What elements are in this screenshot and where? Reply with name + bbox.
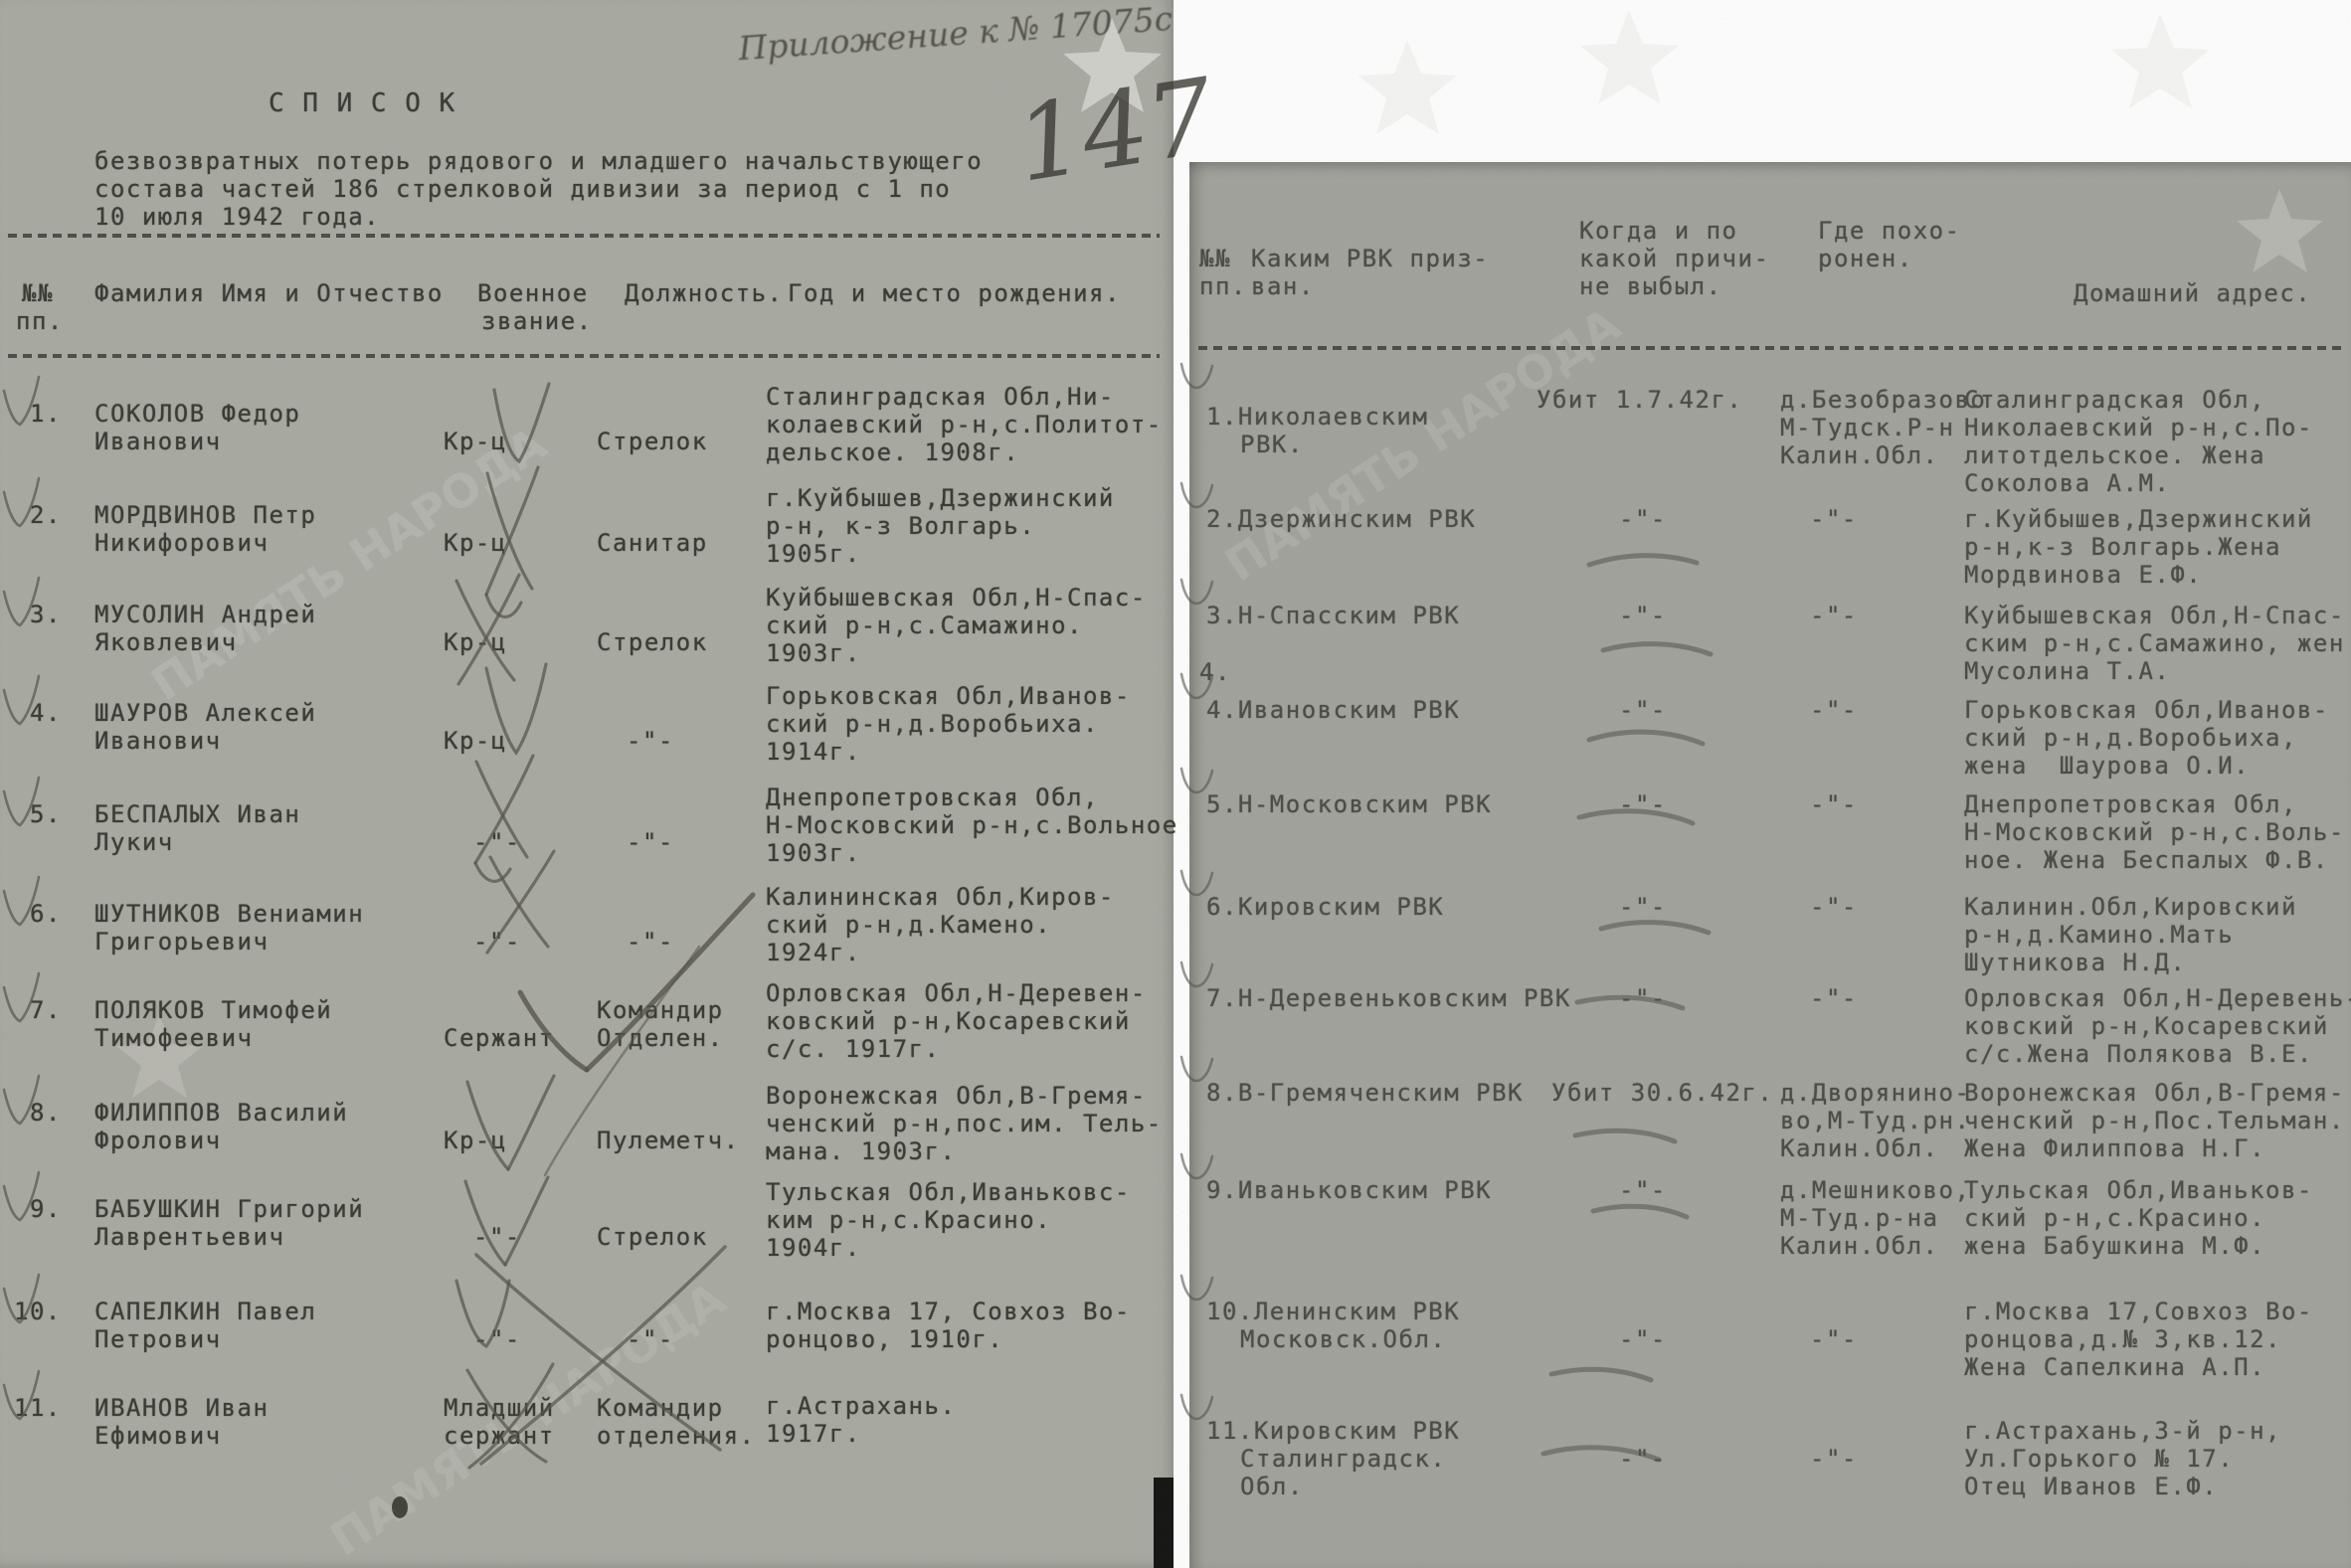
address-cell: литотдельское. Жена [1964, 441, 2265, 469]
rvk-cell: 10.Ленинским РВК [1206, 1298, 1460, 1325]
rvk-cell: 9.Иваньковским РВК [1206, 1176, 1492, 1204]
birth-cell: р-н, к-з Волгарь. [766, 512, 1035, 540]
name-cell: Ефимович [94, 1422, 222, 1450]
address-cell: г.Куйбышев,Дзержинский [1964, 505, 2313, 533]
burial-cell: во,М-Туд.рн. [1780, 1107, 1970, 1134]
name-cell: Фролович [94, 1127, 222, 1154]
name-cell: САПЕЛКИН Павел [94, 1298, 316, 1325]
rvk-cell: Сталинградск. [1240, 1445, 1446, 1473]
row-number: 5. [30, 800, 62, 828]
name-cell: МУСОЛИН Андрей [94, 601, 316, 628]
address-cell: Отец Иванов Е.Ф. [1964, 1473, 2218, 1500]
birth-cell: 1904г. [766, 1234, 861, 1262]
burial-cell: Калин.Обл. [1780, 441, 1939, 469]
cause-cell: -"- [1619, 984, 1667, 1012]
address-cell: ронцова,д.№ 3,кв.12. [1964, 1325, 2281, 1353]
burial-cell: -"- [1810, 893, 1858, 921]
address-cell: ное. Жена Беспалых Ф.В. [1964, 846, 2329, 874]
rank-cell: Кр-ц [444, 1127, 507, 1154]
birth-cell: Днепропетровская Обл, [766, 784, 1099, 811]
column-header-num: №№ [1199, 245, 1231, 272]
rank-cell: Младший [444, 1394, 555, 1422]
birth-cell: г.Куйбышев,Дзержинский [766, 484, 1115, 512]
row-number: 3. [30, 601, 62, 628]
rvk-cell: 2.Дзержинским РВК [1206, 505, 1476, 533]
cause-cell: Убит 30.6.42г. [1551, 1079, 1773, 1107]
burial-cell: д.Дворянино- [1780, 1079, 1970, 1107]
name-cell: ПОЛЯКОВ Тимофей [94, 996, 332, 1024]
birth-cell: 1924г. [766, 939, 861, 966]
address-cell: Ул.Горького № 17. [1964, 1445, 2234, 1473]
address-cell: Днепропетровская Обл, [1964, 790, 2297, 818]
cause-cell: -"- [1619, 505, 1667, 533]
column-header-rank: Военное [477, 279, 589, 307]
name-cell: ШАУРОВ Алексей [94, 699, 316, 727]
birth-cell: Воронежская Обл,В-Гремя- [766, 1082, 1147, 1110]
position-cell: -"- [627, 928, 674, 956]
birth-cell: г.Астрахань. [766, 1392, 956, 1420]
birth-cell: ский р-н,с.Самажино. [766, 611, 1083, 639]
name-cell: Тимофеевич [94, 1024, 254, 1052]
burial-cell: -"- [1810, 1445, 1858, 1473]
rank-cell: -"- [473, 1325, 521, 1353]
address-cell: г.Москва 17,Совхоз Во- [1964, 1298, 2313, 1325]
position-cell: Пулеметч. [597, 1127, 740, 1154]
rvk-cell: 1.Николаевским [1206, 403, 1428, 431]
row-number: 8. [30, 1099, 62, 1127]
address-cell: Жена Сапелкина А.П. [1964, 1353, 2265, 1381]
address-cell: ский р-н,д.Воробьиха, [1964, 724, 2297, 752]
address-cell: Н-Московский р-н,с.Воль- [1964, 818, 2345, 846]
column-header-burial: ронен. [1818, 245, 1913, 272]
position-cell: Санитар [597, 529, 708, 557]
rvk-cell: Московск.Обл. [1240, 1325, 1446, 1353]
column-header-rvk: Каким РВК приз- [1251, 245, 1489, 272]
birth-cell: с/с. 1917г. [766, 1035, 940, 1063]
separator-line [1198, 346, 2342, 350]
position-cell: -"- [627, 1325, 674, 1353]
burial-cell: -"- [1810, 505, 1858, 533]
document-subtitle-line: состава частей 186 стрелковой дивизии за… [94, 175, 951, 203]
row-number: 9. [30, 1195, 62, 1223]
birth-cell: Куйбышевская Обл,Н-Спас- [766, 584, 1147, 611]
column-header-num: пп. [1199, 272, 1247, 300]
address-cell: с/с.Жена Полякова В.Е. [1964, 1040, 2313, 1068]
name-cell: ИВАНОВ Иван [94, 1394, 269, 1422]
rank-cell: Сержант [444, 1024, 555, 1052]
column-header-birth: Год и место рождения. [788, 279, 1121, 307]
column-header-burial: Где похо- [1818, 217, 1961, 245]
cause-cell: -"- [1619, 1445, 1667, 1473]
separator-line [8, 234, 1160, 238]
position-cell: -"- [627, 727, 674, 755]
column-header-position: Должность. [625, 279, 784, 307]
address-cell: р-н,д.Камино.Мать [1964, 921, 2234, 949]
position-cell: Командир [597, 1394, 724, 1422]
name-cell: Лукич [94, 828, 174, 856]
column-header-rank: звание. [481, 307, 593, 335]
name-cell: Петрович [94, 1325, 222, 1353]
rvk-cell: 5.Н-Московским РВК [1206, 790, 1492, 818]
burial-cell: Калин.Обл. [1780, 1134, 1939, 1162]
address-cell: Куйбышевская Обл,Н-Спас- [1964, 602, 2345, 629]
position-cell: Стрелок [597, 1223, 708, 1251]
row-number: 4. [30, 699, 62, 727]
birth-cell: Сталинградская Обл,Ни- [766, 383, 1115, 411]
column-header-cause: какой причи- [1579, 245, 1769, 272]
address-cell: жена Бабушкина М.Ф. [1964, 1232, 2265, 1260]
address-cell: Соколова А.М. [1964, 469, 2170, 497]
birth-cell: Калининская Обл,Киров- [766, 883, 1115, 911]
rank-cell: -"- [473, 1223, 521, 1251]
row-number: 1. [30, 400, 62, 428]
column-header-name: Фамилия Имя и Отчество [94, 279, 444, 307]
row-number: 10. [14, 1298, 62, 1325]
rank-cell: -"- [473, 928, 521, 956]
birth-cell: г.Москва 17, Совхоз Во- [766, 1298, 1131, 1325]
cause-cell: -"- [1619, 696, 1667, 724]
burial-cell: -"- [1810, 1325, 1858, 1353]
name-cell: Иванович [94, 428, 222, 455]
column-header-cause: не выбыл. [1579, 272, 1722, 300]
name-cell: Григорьевич [94, 928, 269, 956]
birth-cell: ким р-н,с.Красино. [766, 1206, 1051, 1234]
address-cell: ковский р-н,Косаревский [1964, 1012, 2329, 1040]
birth-cell: 1903г. [766, 839, 861, 867]
address-cell: Тульская Обл,Иваньков- [1964, 1176, 2313, 1204]
name-cell: СОКОЛОВ Федор [94, 400, 300, 428]
name-cell: Лаврентьевич [94, 1223, 284, 1251]
address-cell: ским р-н,с.Самажино, жен [1964, 629, 2345, 657]
birth-cell: мана. 1903г. [766, 1137, 956, 1165]
rvk-cell: 7.Н-Деревеньковским РВК [1206, 984, 1571, 1012]
name-cell: Иванович [94, 727, 222, 755]
position-cell: Стрелок [597, 628, 708, 656]
birth-cell: дельское. 1908г. [766, 438, 1019, 466]
birth-cell: ковский р-н,Косаревский [766, 1007, 1131, 1035]
column-header-address: Домашний адрес. [2074, 279, 2311, 307]
address-cell: р-н,к-з Волгарь.Жена [1964, 533, 2281, 561]
birth-cell: ский р-н,д.Воробьиха. [766, 710, 1099, 738]
separator-line [8, 354, 1160, 358]
name-cell: ШУТНИКОВ Вениамин [94, 900, 364, 928]
rvk-cell: 11.Кировским РВК [1206, 1417, 1460, 1445]
rvk-cell: 6.Кировским РВК [1206, 893, 1444, 921]
name-cell: ФИЛИППОВ Василий [94, 1099, 348, 1127]
rank-cell: -"- [473, 828, 521, 856]
cause-cell: -"- [1619, 1176, 1667, 1204]
birth-cell: ронцово, 1910г. [766, 1325, 1003, 1353]
document-title: С П И С О К [269, 89, 456, 117]
name-cell: БЕСПАЛЫХ Иван [94, 800, 300, 828]
birth-cell: 1903г. [766, 639, 861, 667]
position-cell: -"- [627, 828, 674, 856]
scanned-document: ПАМЯТЬ НАРОДА ПАМЯТЬ НАРОДА ПАМЯТЬ НАРОД… [0, 0, 2351, 1568]
document-subtitle-line: безвозвратных потерь рядового и младшего… [94, 147, 983, 175]
birth-cell: Тульская Обл,Иваньковс- [766, 1178, 1131, 1206]
burial-cell: М-Туд.р-на [1780, 1204, 1939, 1232]
burial-cell: -"- [1810, 984, 1858, 1012]
name-cell: МОРДВИНОВ Петр [94, 501, 316, 529]
birth-cell: 1914г. [766, 738, 861, 766]
birth-cell: ский р-н,д.Камено. [766, 911, 1051, 939]
burial-cell: М-Тудск.Р-н [1780, 414, 1954, 441]
birth-cell: 1905г. [766, 540, 861, 568]
address-cell: Горьковская Обл,Иванов- [1964, 696, 2329, 724]
rvk-cell: 8.В-Гремяченским РВК [1206, 1079, 1524, 1107]
document-subtitle-line: 10 июля 1942 года. [94, 203, 380, 231]
burial-cell: Калин.Обл. [1780, 1232, 1939, 1260]
rank-cell: Кр-ц [444, 428, 507, 455]
address-cell: Сталинградская Обл, [1964, 386, 2265, 414]
rvk-cell: РВК. [1240, 431, 1304, 458]
cause-cell: -"- [1619, 893, 1667, 921]
rank-cell: Кр-ц [444, 529, 507, 557]
birth-cell: Орловская Обл,Н-Деревен- [766, 979, 1147, 1007]
rvk-cell: 4.Ивановским РВК [1206, 696, 1460, 724]
rank-cell: сержант [444, 1422, 555, 1450]
position-cell: отделения. [597, 1422, 756, 1450]
address-cell: Жена Филиппова Н.Г. [1964, 1134, 2265, 1162]
name-cell: Никифорович [94, 529, 269, 557]
burial-cell: -"- [1810, 602, 1858, 629]
position-cell: Стрелок [597, 428, 708, 455]
column-header-rvk: ван. [1251, 272, 1315, 300]
birth-cell: ченский р-н,пос.им. Тель- [766, 1110, 1163, 1137]
name-cell: БАБУШКИН Григорий [94, 1195, 364, 1223]
address-cell: г.Астрахань,3-й р-н, [1964, 1417, 2281, 1445]
address-cell: Воронежская Обл,В-Гремя- [1964, 1079, 2345, 1107]
burial-cell: -"- [1810, 790, 1858, 818]
orphan-row-number: 4. [1199, 658, 1231, 686]
address-cell: Мусолина Т.А. [1964, 657, 2170, 685]
rank-cell: Кр-ц [444, 727, 507, 755]
column-header-num: пп. [16, 307, 64, 335]
birth-cell: Горьковская Обл,Иванов- [766, 682, 1131, 710]
cause-cell: -"- [1619, 1325, 1667, 1353]
burial-cell: -"- [1810, 696, 1858, 724]
cause-cell: Убит 1.7.42г. [1537, 386, 1742, 414]
rvk-cell: 3.Н-Спасским РВК [1206, 602, 1460, 629]
position-cell: Отделен. [597, 1024, 724, 1052]
address-cell: Мордвинова Е.Ф. [1964, 561, 2202, 589]
cause-cell: -"- [1619, 790, 1667, 818]
rank-cell: Кр-ц [444, 628, 507, 656]
birth-cell: 1917г. [766, 1420, 861, 1448]
name-cell: Яковлевич [94, 628, 238, 656]
rvk-cell: Обл. [1240, 1473, 1304, 1500]
column-header-num: №№ [22, 279, 54, 307]
cause-cell: -"- [1619, 602, 1667, 629]
birth-cell: Н-Московский р-н,с.Вольное [766, 811, 1178, 839]
row-number: 2. [30, 501, 62, 529]
address-cell: Орловская Обл,Н-Деревень- [1964, 984, 2351, 1012]
burial-cell: д.Мешниково, [1780, 1176, 1970, 1204]
birth-cell: колаевский р-н,с.Политот- [766, 411, 1163, 438]
address-cell: ский р-н,с.Красино. [1964, 1204, 2265, 1232]
address-cell: Калинин.Обл,Кировский [1964, 893, 2297, 921]
row-number: 7. [30, 996, 62, 1024]
address-cell: Николаевский р-н,с.По- [1964, 414, 2313, 441]
address-cell: жена Шаурова О.И. [1964, 752, 2250, 780]
address-cell: ченский р-н,Пос.Тельман. [1964, 1107, 2345, 1134]
row-number: 6. [30, 900, 62, 928]
position-cell: Командир [597, 996, 724, 1024]
burial-cell: д.Безобразово [1780, 386, 1986, 414]
address-cell: Шутникова Н.Д. [1964, 949, 2186, 976]
column-header-cause: Когда и по [1579, 217, 1738, 245]
scan-edge-sliver [1154, 1478, 1174, 1568]
row-number: 11. [14, 1394, 62, 1422]
